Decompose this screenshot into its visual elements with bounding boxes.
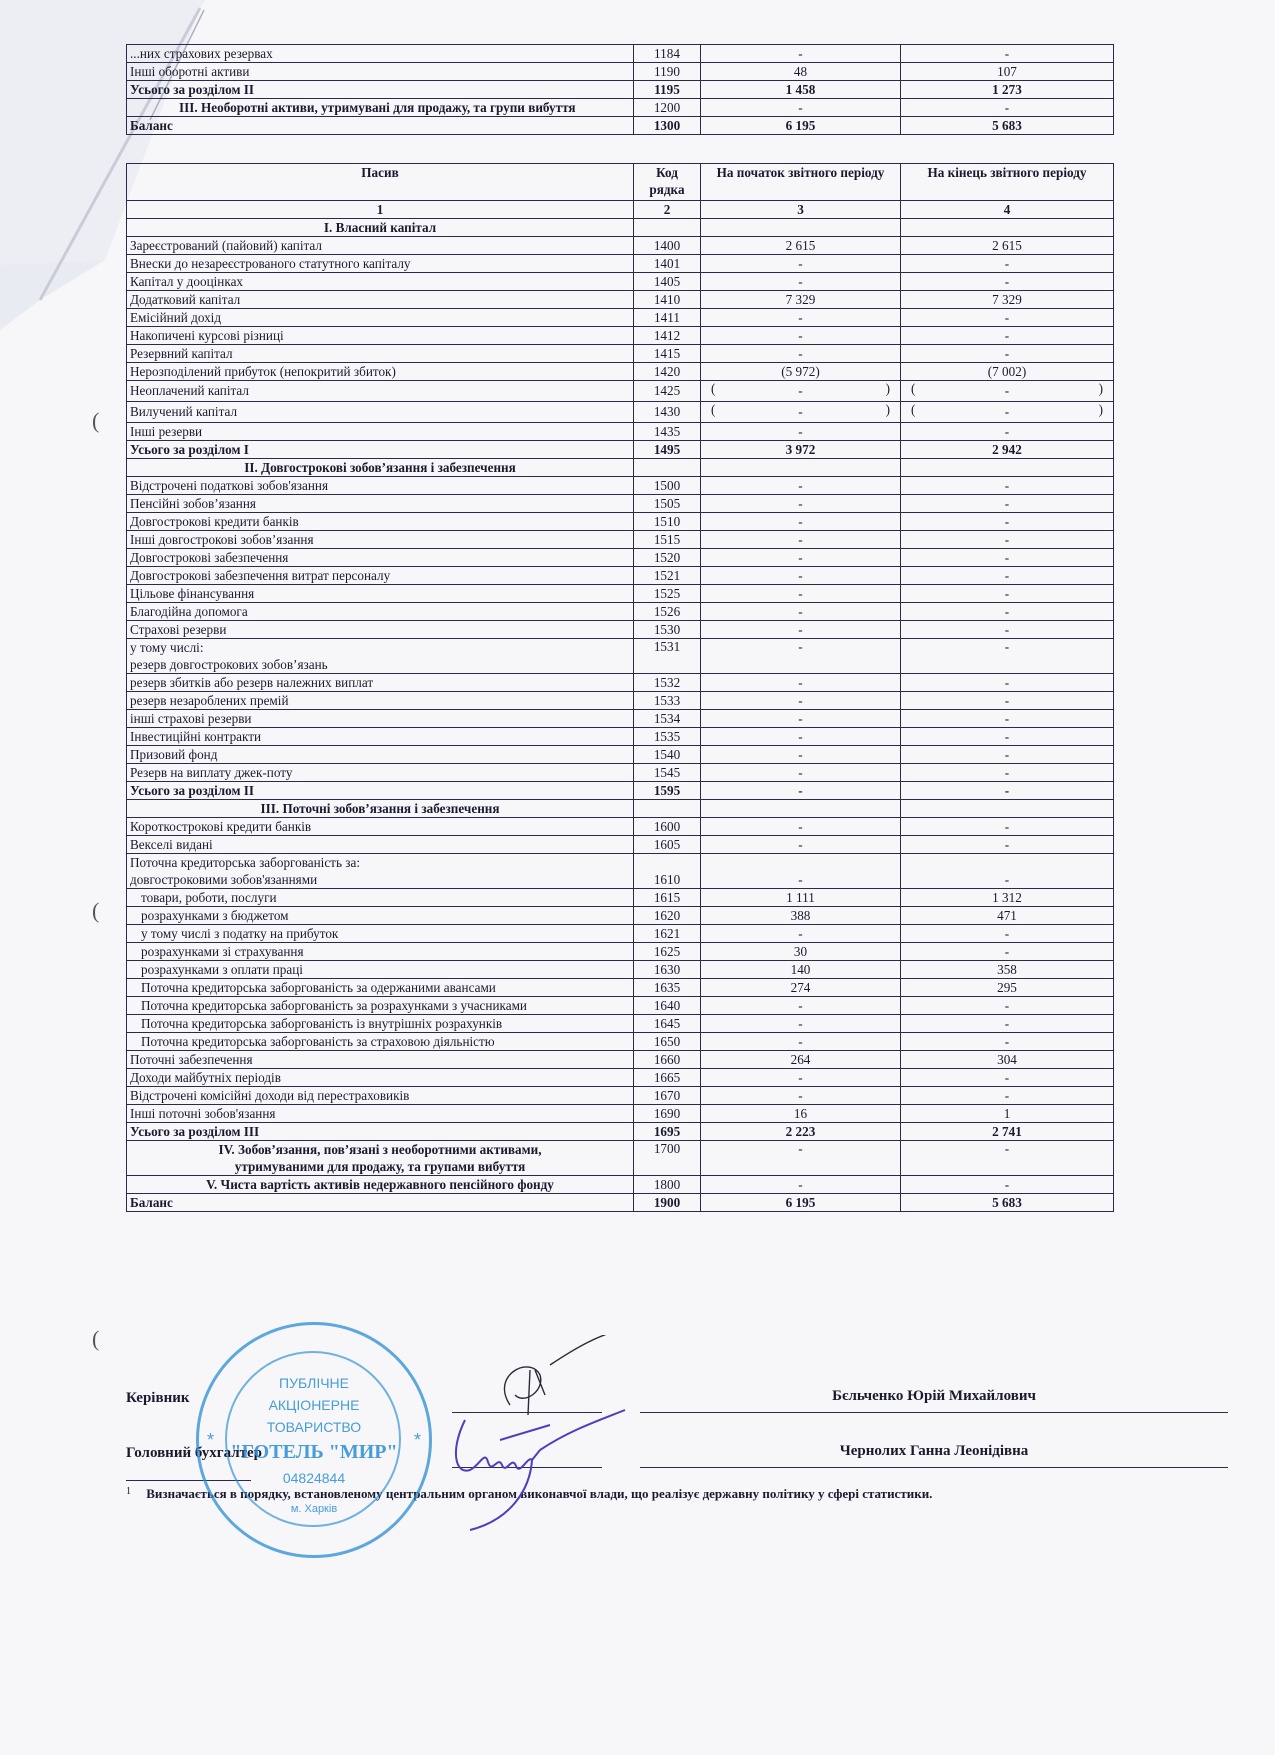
row-code: 1510 [634, 513, 701, 531]
row-label-text: Вилучений капітал [130, 404, 237, 419]
row-code: 1411 [634, 309, 701, 327]
row-label: Нерозподілений прибуток (непокритий збит… [127, 363, 634, 381]
row-label: III. Поточні зобов’язання і забезпечення [127, 800, 634, 818]
value-end [901, 219, 1114, 237]
row-code: 1515 [634, 531, 701, 549]
value-end: 2 942 [901, 441, 1114, 459]
value-end: - [901, 782, 1114, 800]
value-end: - [901, 255, 1114, 273]
stamp-line: ТОВАРИСТВО [199, 1419, 429, 1435]
row-label-text: Усього за розділом III [130, 1124, 259, 1139]
table-row: Усього за розділом II11951 4581 273 [127, 81, 1114, 99]
row-code: 1700 [634, 1141, 701, 1176]
table-row: Страхові резерви1530-- [127, 621, 1114, 639]
header-period-end: На кінець звітного періоду [901, 164, 1114, 201]
value-start: - [701, 495, 901, 513]
value-text: - [798, 404, 802, 419]
table-row: I. Власний капітал [127, 219, 1114, 237]
value-end: 5 683 [901, 1194, 1114, 1212]
row-code: 1534 [634, 710, 701, 728]
row-label-text: у тому числі з податку на прибуток [141, 926, 338, 941]
table-row: Векселі видані1605-- [127, 836, 1114, 854]
value-end: - [901, 674, 1114, 692]
column-number: 4 [901, 201, 1114, 219]
row-label-text: розрахунками з оплати праці [141, 962, 303, 977]
value-end: - [901, 513, 1114, 531]
value-start: (5 972) [701, 363, 901, 381]
row-label-text: Інші довгострокові зобов’язання [130, 532, 314, 547]
row-code: 1190 [634, 63, 701, 81]
row-label-text: Усього за розділом II [130, 82, 254, 97]
value-end: - [901, 1033, 1114, 1051]
row-code: 1400 [634, 237, 701, 255]
value-start: - [701, 854, 901, 889]
table-row: Благодійна допомога1526-- [127, 603, 1114, 621]
table-row: III. Поточні зобов’язання і забезпечення [127, 800, 1114, 818]
row-label-text: Доходи майбутніх періодів [130, 1070, 281, 1085]
table-row: Інші довгострокові зобов’язання1515-- [127, 531, 1114, 549]
row-label-text: Поточні забезпечення [130, 1052, 253, 1067]
row-label-text: Поточна кредиторська заборгованість за о… [141, 980, 496, 995]
stamp-city: м. Харків [199, 1503, 429, 1515]
table-row: Зареєстрований (пайовий) капітал14002 61… [127, 237, 1114, 255]
row-label: Довгострокові забезпечення [127, 549, 634, 567]
table-row: Поточна кредиторська заборгованість за с… [127, 1033, 1114, 1051]
value-start: 7 329 [701, 291, 901, 309]
director-name-line [640, 1412, 1228, 1413]
row-code: 1621 [634, 925, 701, 943]
row-label-text: Поточна кредиторська заборгованість із в… [141, 1016, 502, 1031]
value-start: - [701, 99, 901, 117]
value-end: - [901, 639, 1114, 674]
value-start: - [701, 692, 901, 710]
stamp-line: АКЦІОНЕРНЕ [199, 1397, 429, 1413]
table-row: інші страхові резерви1534-- [127, 710, 1114, 728]
row-label: Резерв на виплату джек-поту [127, 764, 634, 782]
row-label: Баланс [127, 117, 634, 135]
value-start: - [701, 423, 901, 441]
company-stamp: ПУБЛІЧНЕ АКЦІОНЕРНЕ ТОВАРИСТВО "ГОТЕЛЬ "… [196, 1322, 432, 1558]
row-code: 1605 [634, 836, 701, 854]
value-end [901, 800, 1114, 818]
value-end: - [901, 327, 1114, 345]
value-end: 1 273 [901, 81, 1114, 99]
value-start: - [701, 818, 901, 836]
table-row: Баланс13006 1955 683 [127, 117, 1114, 135]
row-label: Усього за розділом II [127, 81, 634, 99]
row-code: 1610 [634, 854, 701, 889]
value-start: 1 111 [701, 889, 901, 907]
row-label: Благодійна допомога [127, 603, 634, 621]
header-liabilities: Пасив [127, 164, 634, 201]
value-end: - [901, 943, 1114, 961]
row-label: Поточна кредиторська заборгованість за с… [127, 1033, 634, 1051]
row-code: 1521 [634, 567, 701, 585]
value-end [901, 459, 1114, 477]
value-start: - [701, 549, 901, 567]
row-label-text: Капітал у дооцінках [130, 274, 243, 289]
value-start: 388 [701, 907, 901, 925]
row-code: 1401 [634, 255, 701, 273]
value-start: 1 458 [701, 81, 901, 99]
row-label-text: у тому числі: резерв довгострокових зобо… [130, 640, 328, 672]
row-label-text: III. Необоротні активи, утримувані для п… [179, 100, 576, 115]
row-code: 1533 [634, 692, 701, 710]
value-end: 304 [901, 1051, 1114, 1069]
header-row-code: Код рядка [634, 164, 701, 201]
row-label: Резервний капітал [127, 345, 634, 363]
row-label-text: Інші оборотні активи [130, 64, 249, 79]
value-end: - [901, 836, 1114, 854]
row-label-text: Інвестиційні контракти [130, 729, 261, 744]
row-code: 1660 [634, 1051, 701, 1069]
row-code: 1625 [634, 943, 701, 961]
row-label-text: розрахунками з бюджетом [141, 908, 289, 923]
value-end: - [901, 1087, 1114, 1105]
value-start: - [701, 567, 901, 585]
row-label-text: резерв незароблених премій [130, 693, 289, 708]
value-start: - [701, 710, 901, 728]
value-end: - [901, 746, 1114, 764]
value-end: - [901, 477, 1114, 495]
value-end: - [901, 603, 1114, 621]
row-code: 1520 [634, 549, 701, 567]
value-start: - [701, 585, 901, 603]
table-row: розрахунками з бюджетом1620388471 [127, 907, 1114, 925]
value-start: - [701, 327, 901, 345]
value-end: - [901, 309, 1114, 327]
value-start: 6 195 [701, 1194, 901, 1212]
row-label-text: Довгострокові забезпечення витрат персон… [130, 568, 390, 583]
value-start: - [701, 1141, 901, 1176]
row-code: 1695 [634, 1123, 701, 1141]
table-row: Довгострокові кредити банків1510-- [127, 513, 1114, 531]
row-code: 1532 [634, 674, 701, 692]
row-code: 1670 [634, 1087, 701, 1105]
table-row: Поточна кредиторська заборгованість за о… [127, 979, 1114, 997]
row-code: 1425 [634, 381, 701, 402]
row-code [634, 800, 701, 818]
table-row: V. Чиста вартість активів недержавного п… [127, 1176, 1114, 1194]
row-label-text: Поточна кредиторська заборгованість за с… [141, 1034, 495, 1049]
table-row: у тому числі з податку на прибуток1621-- [127, 925, 1114, 943]
row-label-text: Емісійний дохід [130, 310, 221, 325]
value-end: (7 002) [901, 363, 1114, 381]
row-label: розрахунками зі страхування [127, 943, 634, 961]
column-number-row: 1 2 3 4 [127, 201, 1114, 219]
row-label-text: Призовий фонд [130, 747, 217, 762]
row-label: ...них страхових резервах [127, 45, 634, 63]
table-row: Поточні забезпечення1660264304 [127, 1051, 1114, 1069]
accountant-signature-line [452, 1467, 602, 1468]
margin-mark: ( [92, 898, 99, 924]
value-end: 2 615 [901, 237, 1114, 255]
table-row: ...них страхових резервах1184-- [127, 45, 1114, 63]
row-code: 1495 [634, 441, 701, 459]
row-code: 1800 [634, 1176, 701, 1194]
row-code: 1500 [634, 477, 701, 495]
row-code: 1420 [634, 363, 701, 381]
row-label-text: Нерозподілений прибуток (непокритий збит… [130, 364, 396, 379]
value-end: - [901, 710, 1114, 728]
table-row: резерв незароблених премій1533-- [127, 692, 1114, 710]
value-start: - [701, 782, 901, 800]
value-start: - [701, 639, 901, 674]
table-row: Інші оборотні активи119048107 [127, 63, 1114, 81]
table-header-row: Пасив Код рядка На початок звітного пері… [127, 164, 1114, 201]
row-label-text: Резервний капітал [130, 346, 233, 361]
row-label: Зареєстрований (пайовий) капітал [127, 237, 634, 255]
value-start: 2 223 [701, 1123, 901, 1141]
value-start: - [701, 674, 901, 692]
row-label: товари, роботи, послуги [127, 889, 634, 907]
value-start: 30 [701, 943, 901, 961]
row-code: 1525 [634, 585, 701, 603]
row-label-text: Поточна кредиторська заборгованість за р… [141, 998, 527, 1013]
row-label: Інвестиційні контракти [127, 728, 634, 746]
row-code: 1540 [634, 746, 701, 764]
table-row: III. Необоротні активи, утримувані для п… [127, 99, 1114, 117]
row-code: 1531 [634, 639, 701, 674]
row-label-text: Довгострокові забезпечення [130, 550, 288, 565]
row-label: Капітал у дооцінках [127, 273, 634, 291]
row-label: інші страхові резерви [127, 710, 634, 728]
row-label-text: Зареєстрований (пайовий) капітал [130, 238, 322, 253]
row-code: 1645 [634, 1015, 701, 1033]
row-label: Усього за розділом II [127, 782, 634, 800]
value-start: - [701, 309, 901, 327]
row-label: Усього за розділом I [127, 441, 634, 459]
value-end: - [901, 854, 1114, 889]
row-code: 1650 [634, 1033, 701, 1051]
director-signature-line [452, 1412, 602, 1413]
value-end: - [901, 567, 1114, 585]
row-label-text: Страхові резерви [130, 622, 226, 637]
value-end: - [901, 997, 1114, 1015]
table-row: Емісійний дохід1411-- [127, 309, 1114, 327]
value-end: - [901, 925, 1114, 943]
row-code: 1195 [634, 81, 701, 99]
row-label: Доходи майбутніх періодів [127, 1069, 634, 1087]
value-start: - [701, 997, 901, 1015]
value-text: - [798, 383, 802, 398]
row-code: 1526 [634, 603, 701, 621]
value-end: - [901, 1141, 1114, 1176]
row-label: Усього за розділом III [127, 1123, 634, 1141]
row-code: 1630 [634, 961, 701, 979]
row-code: 1900 [634, 1194, 701, 1212]
row-label-text: Відстрочені податкові зобов'язання [130, 478, 328, 493]
row-label-text: Резерв на виплату джек-поту [130, 765, 292, 780]
row-label-text: I. Власний капітал [324, 220, 436, 235]
row-label: Емісійний дохід [127, 309, 634, 327]
footnote-mark: 1 [126, 1486, 131, 1497]
value-end: 295 [901, 979, 1114, 997]
row-label: Інші оборотні активи [127, 63, 634, 81]
row-label: Цільове фінансування [127, 585, 634, 603]
table-row: IV. Зобов’язання, пов’язані з необоротни… [127, 1141, 1114, 1176]
value-start: - [701, 836, 901, 854]
value-start: 274 [701, 979, 901, 997]
row-label-text: Усього за розділом II [130, 783, 254, 798]
value-end: - [901, 549, 1114, 567]
row-code [634, 219, 701, 237]
row-label-text: Усього за розділом I [130, 442, 249, 457]
row-label: Призовий фонд [127, 746, 634, 764]
row-label: Довгострокові кредити банків [127, 513, 634, 531]
row-label: Векселі видані [127, 836, 634, 854]
row-code [634, 459, 701, 477]
column-number: 3 [701, 201, 901, 219]
value-start: - [701, 621, 901, 639]
table-row: Накопичені курсові різниці1412-- [127, 327, 1114, 345]
value-start: (-) [701, 402, 901, 423]
value-end: 2 741 [901, 1123, 1114, 1141]
table-row: Пенсійні зобов’язання1505-- [127, 495, 1114, 513]
table-row: Призовий фонд1540-- [127, 746, 1114, 764]
value-start: - [701, 531, 901, 549]
row-label-text: Векселі видані [130, 837, 213, 852]
row-label: Поточні забезпечення [127, 1051, 634, 1069]
row-label-text: Внески до незареєстрованого статутного к… [130, 256, 411, 271]
liabilities-table: Пасив Код рядка На початок звітного пері… [126, 163, 1114, 1212]
row-label-text: Цільове фінансування [130, 586, 254, 601]
table-row: Довгострокові забезпечення1520-- [127, 549, 1114, 567]
row-label-text: Додатковий капітал [130, 292, 240, 307]
value-start: - [701, 513, 901, 531]
value-end: - [901, 99, 1114, 117]
assets-table-fragment: ...них страхових резервах1184--Інші обор… [126, 44, 1114, 135]
value-start: 3 972 [701, 441, 901, 459]
value-end: - [901, 818, 1114, 836]
row-label-text: резерв збитків або резерв належних випла… [130, 675, 373, 690]
value-start: - [701, 1087, 901, 1105]
row-label: II. Довгострокові зобов’язання і забезпе… [127, 459, 634, 477]
row-label-text: III. Поточні зобов’язання і забезпечення [260, 801, 499, 816]
row-label-text: інші страхові резерви [130, 711, 251, 726]
row-code: 1410 [634, 291, 701, 309]
value-start [701, 459, 901, 477]
row-label-text: Довгострокові кредити банків [130, 514, 299, 529]
row-label: резерв незароблених премій [127, 692, 634, 710]
row-label: у тому числі: резерв довгострокових зобо… [127, 639, 634, 674]
value-end: 358 [901, 961, 1114, 979]
row-label-text: Поточна кредиторська заборгованість за: … [130, 855, 360, 887]
row-label: Довгострокові забезпечення витрат персон… [127, 567, 634, 585]
value-start: - [701, 1176, 901, 1194]
value-start: 6 195 [701, 117, 901, 135]
row-code: 1405 [634, 273, 701, 291]
table-row: розрахунками з оплати праці1630140358 [127, 961, 1114, 979]
row-label: I. Власний капітал [127, 219, 634, 237]
row-label-text: Баланс [130, 1195, 173, 1210]
row-label: Відстрочені податкові зобов'язання [127, 477, 634, 495]
row-label: Вилучений капітал [127, 402, 634, 423]
value-end: - [901, 764, 1114, 782]
value-end: - [901, 423, 1114, 441]
row-code: 1200 [634, 99, 701, 117]
stamp-star-icon: * [414, 1430, 421, 1451]
column-number: 2 [634, 201, 701, 219]
table-row: Відстрочені податкові зобов'язання1500-- [127, 477, 1114, 495]
value-end: - [901, 621, 1114, 639]
value-end: (-) [901, 402, 1114, 423]
table-row: Поточна кредиторська заборгованість із в… [127, 1015, 1114, 1033]
value-start: 264 [701, 1051, 901, 1069]
table-row: Короткострокові кредити банків1600-- [127, 818, 1114, 836]
value-start: - [701, 345, 901, 363]
table-row: Додатковий капітал14107 3297 329 [127, 291, 1114, 309]
value-text: - [1005, 383, 1009, 398]
margin-mark: ( [92, 408, 99, 434]
row-label-text: Інші резерви [130, 424, 202, 439]
table-row: Цільове фінансування1525-- [127, 585, 1114, 603]
row-code: 1435 [634, 423, 701, 441]
table-row: Відстрочені комісійні доходи від перестр… [127, 1087, 1114, 1105]
director-signature [470, 1335, 630, 1535]
row-label: V. Чиста вартість активів недержавного п… [127, 1176, 634, 1194]
row-label-text: Неоплачений капітал [130, 383, 249, 398]
value-start: (-) [701, 381, 901, 402]
stamp-line: ПУБЛІЧНЕ [199, 1375, 429, 1391]
row-code: 1530 [634, 621, 701, 639]
table-row: Резервний капітал1415-- [127, 345, 1114, 363]
value-start: - [701, 925, 901, 943]
value-end: - [901, 495, 1114, 513]
row-label-text: II. Довгострокові зобов’язання і забезпе… [244, 460, 516, 475]
table-row: товари, роботи, послуги16151 1111 312 [127, 889, 1114, 907]
value-start: - [701, 273, 901, 291]
value-start: 140 [701, 961, 901, 979]
row-label-text: Накопичені курсові різниці [130, 328, 284, 343]
table-row: Поточна кредиторська заборгованість за р… [127, 997, 1114, 1015]
value-start: - [701, 45, 901, 63]
row-label-text: IV. Зобов’язання, пов’язані з необоротни… [218, 1142, 541, 1174]
row-label-text: Відстрочені комісійні доходи від перестр… [130, 1088, 409, 1103]
value-end: 1 312 [901, 889, 1114, 907]
row-label: розрахунками з бюджетом [127, 907, 634, 925]
row-code: 1665 [634, 1069, 701, 1087]
value-start: - [701, 728, 901, 746]
value-end: (-) [901, 381, 1114, 402]
row-label: Пенсійні зобов’язання [127, 495, 634, 513]
value-text: - [1005, 404, 1009, 419]
value-start: 2 615 [701, 237, 901, 255]
value-start: - [701, 603, 901, 621]
table-row: Поточна кредиторська заборгованість за: … [127, 854, 1114, 889]
table-row: Довгострокові забезпечення витрат персон… [127, 567, 1114, 585]
row-label: Поточна кредиторська заборгованість за: … [127, 854, 634, 889]
value-end: - [901, 273, 1114, 291]
value-start: - [701, 746, 901, 764]
row-label-text: розрахунками зі страхування [141, 944, 304, 959]
row-label-text: Благодійна допомога [130, 604, 248, 619]
table-row: Нерозподілений прибуток (непокритий збит… [127, 363, 1114, 381]
table-row: Інвестиційні контракти1535-- [127, 728, 1114, 746]
row-code: 1690 [634, 1105, 701, 1123]
row-label: Страхові резерви [127, 621, 634, 639]
row-label-text: товари, роботи, послуги [141, 890, 277, 905]
stamp-company-name: "ГОТЕЛЬ "МИР" [199, 1441, 429, 1464]
row-label: резерв збитків або резерв належних випла… [127, 674, 634, 692]
row-code: 1505 [634, 495, 701, 513]
value-end: - [901, 1015, 1114, 1033]
table-row: Інші резерви1435-- [127, 423, 1114, 441]
value-end: - [901, 45, 1114, 63]
director-label: Керівник [126, 1390, 190, 1407]
table-row: Резерв на виплату джек-поту1545-- [127, 764, 1114, 782]
margin-mark: ( [92, 1326, 99, 1352]
